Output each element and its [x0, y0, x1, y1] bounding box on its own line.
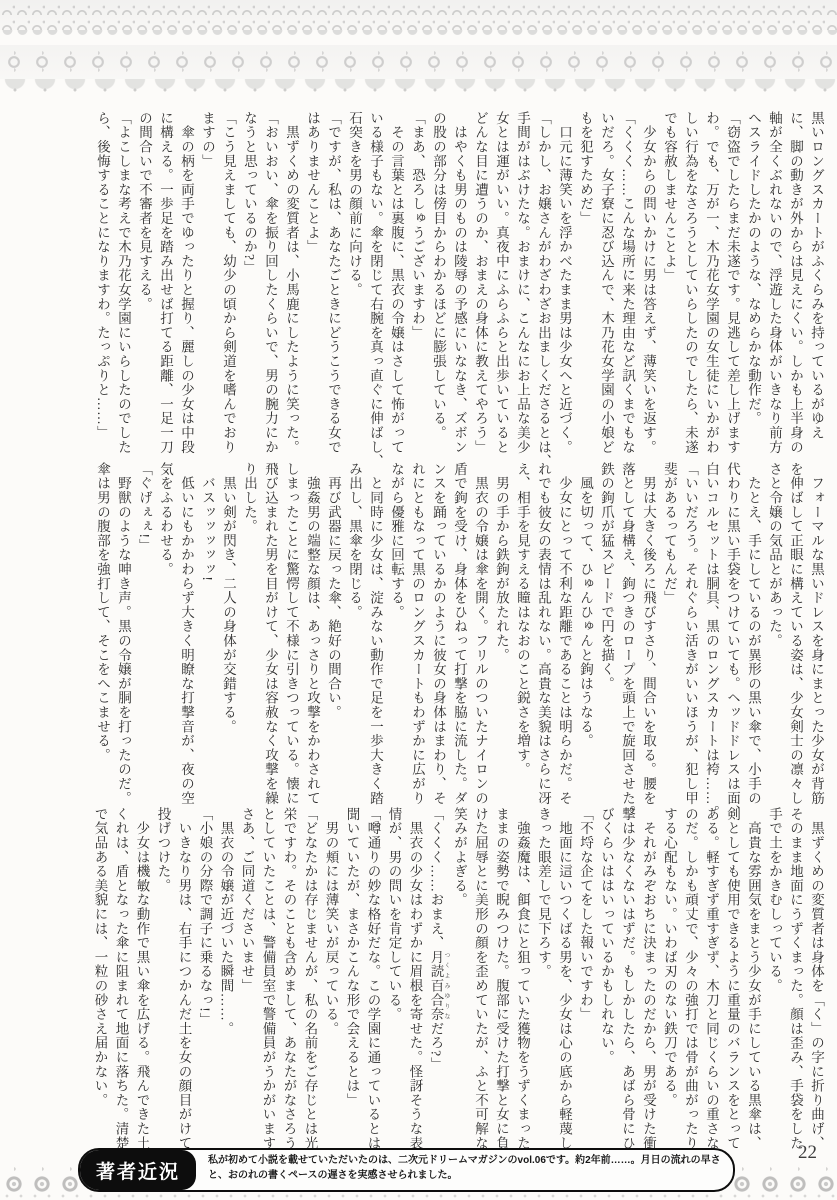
text-line: 手間がはぶけたな。おまけに、こんなにお上品な美少	[512, 111, 533, 455]
text-line: フォーマルな黒いドレスを身にまとった少女が背筋	[806, 462, 827, 806]
text-line: え、相手を見すえる瞳はなおのこと鋭さを増す。	[512, 462, 533, 806]
text-line: 「しかし、お嬢さんがわざわざお出ましくださるとは、	[533, 111, 554, 455]
text-line: わ。でも、万が一、木乃花女学園の女生徒にいかがわ	[701, 111, 722, 455]
text-line: もを犯すためだ」	[575, 111, 596, 455]
text-line: いだろ。女子寮に忍び込んで、木乃花女学園の小娘ど	[596, 111, 617, 455]
text-line: 強姦男の端整な顔は、あっさりと攻撃をかわされて	[302, 462, 323, 806]
text-line: する心配もない。いわば刃のない鉄刀である。	[659, 807, 680, 1151]
text-line: 女とは運がいい。真夜中にふらふらと出歩いていると	[491, 111, 512, 455]
text-line: どんな目に遭うのか、おまえの身体に教えてやろう」	[470, 111, 491, 455]
text-line: くれは、盾となった傘に阻まれて地面に落ちた。清楚	[111, 807, 132, 1151]
text-line: 手で土をかきむしっている。	[764, 807, 785, 1151]
page-number: 22	[798, 1142, 817, 1164]
text-line: 笑みがよぎる。	[449, 807, 470, 1151]
text-line: さあ、ご同道くださいませ」	[237, 807, 258, 1151]
text-line: ながら優雅に回転する。	[386, 462, 407, 806]
text-line: 投げつけた。	[153, 807, 174, 1151]
text-line: としていたことは、警備員室で警備員がうかがいます。	[258, 807, 279, 1151]
text-line: 気をふるわせる。	[155, 462, 176, 806]
text-line: 軸が全くぶれないので、浮遊した身体がいきなり前方	[764, 111, 785, 455]
text-line: 黒ずくめの変質者は身体を「く」の字に折り曲げ、	[806, 807, 827, 1151]
lace-strip-lower	[0, 45, 837, 79]
text-line: 「窃盗でしたらまだ未遂です。見逃して差し上げます	[722, 111, 743, 455]
text-line: 「不埒な企てをした報いですわ」	[575, 807, 596, 1151]
text-line: 「噂通りの妙な格好だな。この学園に通っているとは	[363, 807, 384, 1151]
text-line: 黒い剣が閃き、二人の身体が交錯する。	[218, 462, 239, 806]
text-line: 男の手から鉄鉤が放たれた。	[491, 462, 512, 806]
text-line: 「いいだろう。それぐらい活きがいいほうが、犯し甲	[680, 462, 701, 806]
author-note-box: 著者近況 私が初めて小説を載せていただいたのは、二次元ドリームマガジンのvol.…	[78, 1148, 735, 1192]
text-line: れにともなって黒のロングスカートもわずかに広がり	[407, 462, 428, 806]
lace-border-top	[0, 0, 837, 97]
text-line: 少女は機敏な動作で黒い傘を広げる。飛んできた土	[132, 807, 153, 1151]
text-line: 「小娘の分際で調子に乗るなっ!」	[195, 807, 216, 1151]
text-line: ある。軽すぎず重すぎず、木刀と同じくらいの重さな	[701, 807, 722, 1151]
text-line: 石突きを男の顔前に向ける。	[344, 111, 365, 455]
text-line: 黒衣の令嬢が近づいた瞬間……。	[216, 807, 237, 1151]
lace-strip-upper	[0, 0, 837, 30]
text-line: 「おいおい、傘を振り回したくらいで、男の腕力にか	[260, 111, 281, 455]
text-line: いる様子もない。傘を閉じて右腕を真っ直ぐに伸ばし、	[365, 111, 386, 455]
text-line: たとえ、手にしているのが異形の黒い傘で、小手の	[743, 462, 764, 806]
text-line: り出した。	[239, 462, 260, 806]
text-line: 高貴な雰囲気をまとう少女が手にしている黒傘は、	[743, 807, 764, 1151]
text-line: 少女にとって不利な距離であることは明らかだ。そ	[554, 462, 575, 806]
text-line: 「こう見えましても、幼少の頃から剣道を嗜んでおり	[218, 111, 239, 455]
text-line: ら、後悔することになりますわ。たっぷりと……」	[92, 111, 113, 455]
text-line: 低いにもかかわらず大きく明瞭な打撃音が、夜の空	[176, 462, 197, 806]
text-line: いきなり男は、右手につかんだ土を女の顔目がけて	[174, 807, 195, 1151]
text-line: のだ。しかも頑丈で、少々の強打では骨が曲がったり	[680, 807, 701, 1151]
text-band-bottom: 黒ずくめの変質者は身体を「く」の字に折り曲げ、そのまま地面にうずくまった。顔は歪…	[92, 807, 827, 1151]
text-line: バスッッッッッ!	[197, 462, 218, 806]
text-line: はありませんことよ」	[302, 111, 323, 455]
text-line: 「くくく……おまえ、月読百合奈つくよみゆりなだろ?」	[426, 807, 450, 1151]
text-line: 「まあ、恐ろしゅうございますわ」	[407, 111, 428, 455]
text-line: ますの」	[197, 111, 218, 455]
text-line: の間合いで不審者を見すえる。	[134, 111, 155, 455]
text-line: を伸ばして正眼に構えている姿は、少女剣士の凛々し	[785, 462, 806, 806]
text-line: 盾で鉤を受け、身体をひねって打撃を脇に流した。ダ	[449, 462, 470, 806]
text-line: 少女からの問いかけに男は答えず、薄笑いを返す。	[638, 111, 659, 455]
text-line: 野獣のような呻き声。黒の令嬢が胴を打ったのだ。	[113, 462, 134, 806]
text-line: に構える。一歩足を踏み出せば打てる距離、一足一刀	[155, 111, 176, 455]
text-line: 地面に這いつくばる男を、少女は心の底から軽蔑し	[554, 807, 575, 1151]
text-line: 剣としても使用できるように重量のバランスをとって	[722, 807, 743, 1151]
text-line: 代わりに黒い手袋をつけていても。ヘッドドレスは面、	[722, 462, 743, 806]
text-line: しまったことに驚愕して不様に引きつっている。懐に	[281, 462, 302, 806]
text-line: 栄ですわ。そのことも含めまして、あなたがなさろう	[279, 807, 300, 1151]
text-line: なうと思っているのか?」	[239, 111, 260, 455]
text-line: で気品ある美貌には、一粒の砂さえ届かない。	[90, 807, 111, 1151]
text-line: 「くくく……こんな場所に来た理由など訊くまでもな	[617, 111, 638, 455]
text-line: 落として身構え、鉤つきのロープを頭上で旋回させた。	[617, 462, 638, 806]
text-line: 「ぐげぇぇ!」	[134, 462, 155, 806]
text-line: 鉄の鉤爪が猛スピードで円を描く。	[596, 462, 617, 806]
text-line: 風を切って、ひゅんひゅんと鉤はうなる。	[575, 462, 596, 806]
text-line: み出し、黒傘を閉じる。	[344, 462, 365, 806]
text-line: 「どなたかは存じませんが、私の名前をご存じとは光	[300, 807, 321, 1151]
text-line: ンスを踊っているかのように彼女の身体はまわり、そ	[428, 462, 449, 806]
text-line: へスライドしたかのような、なめらかな動作だ。	[743, 111, 764, 455]
text-line: 黒衣の令嬢は傘を開く。フリルのついたナイロンの	[470, 462, 491, 806]
text-line: はやくも男のものは陵辱の予感にいななき、ズボン	[449, 111, 470, 455]
novel-page: 黒いロングスカートがふくらみを持っているがゆえに、脚の動きが外からは見えにくい。…	[0, 0, 837, 1200]
text-line: さと令嬢の気品とがあった。	[764, 462, 785, 806]
text-line: 男は大きく後ろに飛びすさり、間合いを取る。腰を	[638, 462, 659, 806]
text-line: ままの姿勢で睨みつけた。腹部に受けた打撃と女に負	[491, 807, 512, 1151]
author-note-label: 著者近況	[80, 1150, 196, 1190]
text-line: 「ですが、私は、あなたごときにどうこうできる女で	[323, 111, 344, 455]
text-line: そのまま地面にうずくまった。顔は歪み、手袋をした	[785, 807, 806, 1151]
text-line: 聞いていたが、まさかこんな形で会えるとは」	[342, 807, 363, 1151]
text-line: 黒いロングスカートがふくらみを持っているがゆえ	[806, 111, 827, 455]
text-line: でも容赦しませんことよ」	[659, 111, 680, 455]
text-line: 再び武器に戻った傘、絶好の間合い。	[323, 462, 344, 806]
text-line: 斐があるってもんだ」	[659, 462, 680, 806]
text-line: しい行為をなさろうとしていらしたのでしたら、未遂	[680, 111, 701, 455]
text-line: と同時に少女は、淀みない動作で足を一歩大きく踏	[365, 462, 386, 806]
text-line: びくらいははいっているかもしれない。	[596, 807, 617, 1151]
text-line: けた屈辱とに美形の顔を歪めていたが、ふと不可解な	[470, 807, 491, 1151]
text-line: 口元に薄笑いを浮かべたまま男は少女へと近づく。	[554, 111, 575, 455]
text-line: 傘の柄を両手でゆったりと握り、麗しの少女は中段	[176, 111, 197, 455]
lace-scallop-upper	[0, 30, 837, 37]
author-note-text: 私が初めて小説を載せていただいたのは、二次元ドリームマガジンのvol.06です。…	[196, 1150, 733, 1190]
text-line: 飛び込まれた男を目がけて、少女は容赦なく攻撃を繰	[260, 462, 281, 806]
text-line: 黒ずくめの変質者は、小馬鹿にしたように笑った。	[281, 111, 302, 455]
text-line: の股の部分は傍目からわかるほどに膨張している。	[428, 111, 449, 455]
text-line: 強姦魔は、餌食にと狙っていた獲物をうずくまった	[512, 807, 533, 1151]
text-line: その言葉とは裏腹に、黒衣の令嬢はさして怖がって	[386, 111, 407, 455]
lace-scallop-lower	[0, 79, 837, 92]
text-line: 黒衣の少女はわずかに眉根を寄せた。怪訝そうな表	[405, 807, 426, 1151]
text-line: 情が、男の問いを肯定している。	[384, 807, 405, 1151]
text-line: 「よこしまな考えで木乃花女学園にいらしたのでした	[113, 111, 134, 455]
text-line: れでも彼女の表情は乱れない。高貴な美貌はさらに冴	[533, 462, 554, 806]
text-line: 傘は男の腹部を強打して、そこをへこませる。	[92, 462, 113, 806]
text-line: それがみぞおちに決まったのだから、男が受けた衝	[638, 807, 659, 1151]
text-line: 白いコルセットは胴具、黒のロングスカートは袴……。	[701, 462, 722, 806]
text-line: きった眼差しで見下ろす。	[533, 807, 554, 1151]
text-line: 男の頬には薄笑いが戻っている。	[321, 807, 342, 1151]
text-line: 撃は少なくないはずだ。もしかしたら、あばら骨にひ	[617, 807, 638, 1151]
text-band-top: 黒いロングスカートがふくらみを持っているがゆえに、脚の動きが外からは見えにくい。…	[92, 111, 827, 455]
text-band-middle: フォーマルな黒いドレスを身にまとった少女が背筋を伸ばして正眼に構えている姿は、少…	[92, 462, 827, 806]
text-line: に、脚の動きが外からは見えにくい。しかも上半身の	[785, 111, 806, 455]
